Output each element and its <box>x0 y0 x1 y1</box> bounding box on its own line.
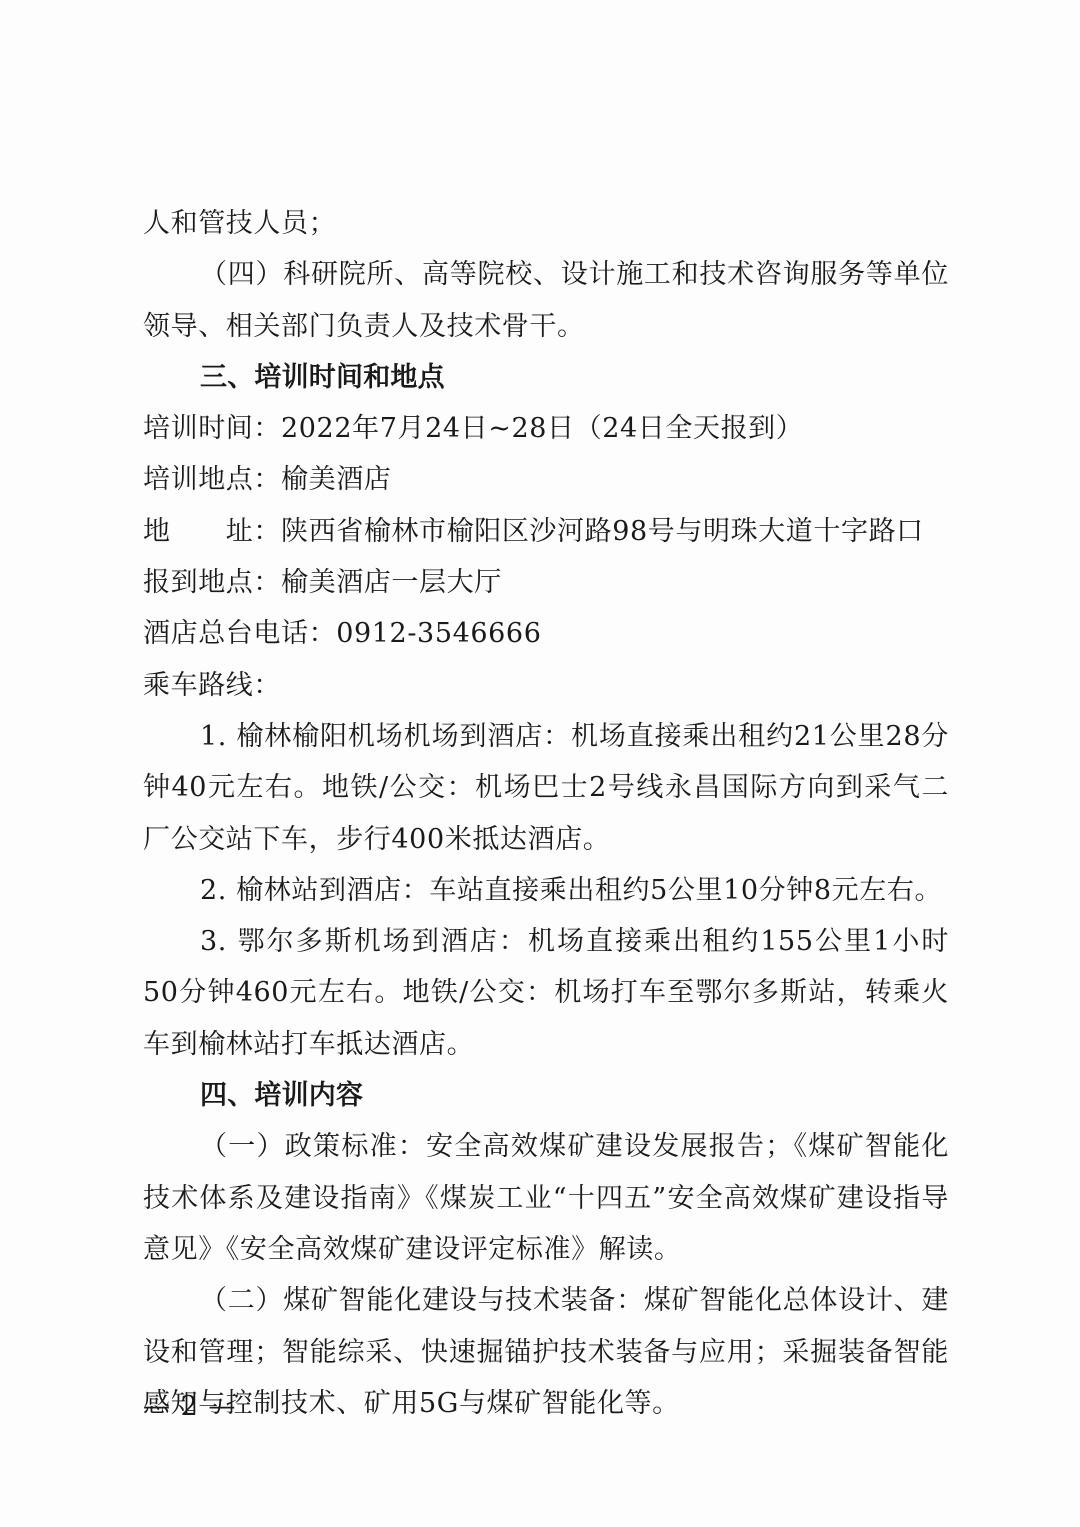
content-item-1: （一）政策标准：安全高效煤矿建设发展报告；《煤矿智能化技术体系及建设指南》《煤炭… <box>143 1121 949 1275</box>
hotel-phone-value: 0912-3546666 <box>336 618 541 649</box>
document-body: 人和管技人员； （四）科研院所、高等院校、设计施工和技术咨询服务等单位领导、相关… <box>143 198 949 1429</box>
route-item-2: 2. 榆林站到酒店：车站直接乘出租约5公里10分钟8元左右。 <box>143 865 949 916</box>
venue-address-colon: ： <box>253 516 281 547</box>
checkin-location-value: 榆美酒店一层大厅 <box>281 567 502 598</box>
hotel-phone: 酒店总台电话：0912-3546666 <box>143 608 949 659</box>
page-number: — 2 — <box>143 1381 236 1432</box>
training-venue-value: 榆美酒店 <box>281 464 391 495</box>
route-item-3: 3. 鄂尔多斯机场到酒店：机场直接乘出租约155公里1小时50分钟460元左右。… <box>143 916 949 1070</box>
attendee-item-four: （四）科研院所、高等院校、设计施工和技术咨询服务等单位领导、相关部门负责人及技术… <box>143 249 949 352</box>
training-time: 培训时间：2022年7月24日~28日（24日全天报到） <box>143 403 949 454</box>
checkin-location-label: 报到地点： <box>143 567 281 598</box>
continued-line: 人和管技人员； <box>143 198 949 249</box>
venue-address-value: 陕西省榆林市榆阳区沙河路98号与明珠大道十字路口 <box>281 516 924 547</box>
document-page: 人和管技人员； （四）科研院所、高等院校、设计施工和技术咨询服务等单位领导、相关… <box>0 0 1080 1527</box>
checkin-location: 报到地点：榆美酒店一层大厅 <box>143 557 949 608</box>
training-time-value: 2022年7月24日~28日（24日全天报到） <box>281 413 803 444</box>
routes-label: 乘车路线： <box>143 660 949 711</box>
training-venue: 培训地点：榆美酒店 <box>143 454 949 505</box>
hotel-phone-label: 酒店总台电话： <box>143 618 336 649</box>
section-heading-time-location: 三、培训时间和地点 <box>143 352 949 403</box>
content-item-2: （二）煤矿智能化建设与技术装备：煤矿智能化总体设计、建设和管理；智能综采、快速掘… <box>143 1275 949 1429</box>
venue-address-label: 地 址 <box>143 516 253 547</box>
route-item-1: 1. 榆林榆阳机场机场到酒店：机场直接乘出租约21公里28分钟40元左右。地铁/… <box>143 711 949 865</box>
venue-address: 地 址：陕西省榆林市榆阳区沙河路98号与明珠大道十字路口 <box>143 506 949 557</box>
section-heading-content: 四、培训内容 <box>143 1070 949 1121</box>
training-venue-label: 培训地点： <box>143 464 281 495</box>
training-time-label: 培训时间： <box>143 413 281 444</box>
